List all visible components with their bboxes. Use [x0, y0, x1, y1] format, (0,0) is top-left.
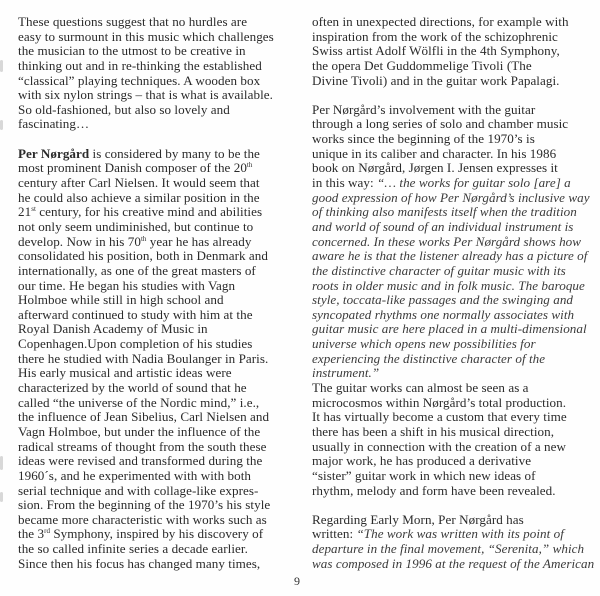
scan-artifact	[0, 492, 3, 502]
text-line: he could also achieve a similar position…	[18, 191, 303, 206]
text-line: not only seem undiminished, but continue…	[18, 220, 303, 235]
text-line: His early musical and artistic ideas wer…	[18, 366, 303, 381]
text-line: there he studied with Nadia Boulanger in…	[18, 352, 303, 367]
text-line: our time. He began his studies with Vagn	[18, 279, 303, 294]
quotation-line: style, toccata-like passages and the swi…	[312, 293, 600, 308]
text-line: Royal Danish Academy of Music in	[18, 322, 303, 337]
quotation-line: guitar music are here placed in a multi-…	[312, 322, 600, 337]
quotation-line: aware he is that the listener already ha…	[312, 249, 600, 264]
text-line: works since the beginning of the 1970’s …	[312, 132, 600, 147]
text-line: the musician to the utmost to be creativ…	[18, 44, 303, 59]
quotation-line: the distinctive character of guitar musi…	[312, 264, 600, 279]
text-line: consolidated his position, both in Denma…	[18, 249, 303, 264]
paragraph-guitar-involvement: Per Nørgård’s involvement with the guita…	[312, 103, 600, 381]
text-line: afterward continued to study with him at…	[18, 308, 303, 323]
text-line: internationally, as one of the great mas…	[18, 264, 303, 279]
quotation-line: syncopated rhythms one normally associat…	[312, 308, 600, 323]
text-line: century after Carl Nielsen. It would see…	[18, 176, 303, 191]
scan-artifact	[0, 60, 3, 72]
text-line: So old-fashioned, but also so lovely and	[18, 103, 303, 118]
left-column: These questions suggest that no hurdles …	[18, 15, 303, 571]
text-line: develop. Now in his 70th year he has alr…	[18, 235, 303, 250]
text-line: characterized by the world of sound that…	[18, 381, 303, 396]
quotation-line: universe which opens new possibilities f…	[312, 337, 600, 352]
quotation-line: experiencing the distinctive character o…	[312, 352, 600, 367]
text-line: 1960´s, and he experimented with with bo…	[18, 469, 303, 484]
text-line: sion. From the beginning of the 1970’s h…	[18, 498, 303, 513]
text-line: Divine Tivoli) and in the guitar work Pa…	[312, 74, 600, 89]
text-line: fascinating…	[18, 117, 303, 132]
text-line: inspiration from the work of the schizop…	[312, 30, 600, 45]
text-line: called “the universe of the Nordic mind,…	[18, 396, 303, 411]
text-line: These questions suggest that no hurdles …	[18, 15, 303, 30]
scan-artifact	[0, 456, 3, 470]
text-line: microcosmos within Nørgård’s total produ…	[312, 396, 600, 411]
text-line: through a long series of solo and chambe…	[312, 117, 600, 132]
text-line: Per Nørgård is considered by many to be …	[18, 147, 303, 162]
text-line: written: “The work was written with its …	[312, 527, 600, 542]
text-line: serial technique and with collage-like e…	[18, 484, 303, 499]
right-column: often in unexpected directions, for exam…	[312, 15, 600, 571]
text-line: there has been a shift in his musical di…	[312, 425, 600, 440]
text-line: Since then his focus has changed many ti…	[18, 557, 303, 572]
text-line: It has virtually become a custom that ev…	[312, 410, 600, 425]
text-line: Regarding Early Morn, Per Nørgård has	[312, 513, 600, 528]
quotation-line: of thinking also manifests itself when t…	[312, 205, 600, 220]
quotation-line: departure in the final movement, “Sereni…	[312, 542, 600, 557]
text-line: Vagn Holmboe, but under the influence of…	[18, 425, 303, 440]
quotation: “… the works for guitar solo [are] a	[377, 175, 571, 190]
quotation-line: roots in older music and in folk music. …	[312, 279, 600, 294]
text-line: Per Nørgård’s involvement with the guita…	[312, 103, 600, 118]
text-line: Swiss artist Adolf Wölfli in the 4th Sym…	[312, 44, 600, 59]
text-line: often in unexpected directions, for exam…	[312, 15, 600, 30]
paragraph-biography: Per Nørgård is considered by many to be …	[18, 147, 303, 572]
text-line: 21st century, for his creative mind and …	[18, 205, 303, 220]
text-line: easy to surmount in this music which cha…	[18, 30, 303, 45]
text-line: the opera Det Guddommelige Tivoli (The	[312, 59, 600, 74]
text-line: “classical” playing techniques. A wooden…	[18, 74, 303, 89]
quotation-line: instrument.”	[312, 366, 600, 381]
text-line: the 3rd Symphony, inspired by his discov…	[18, 527, 303, 542]
paragraph-hurdles: These questions suggest that no hurdles …	[18, 15, 303, 132]
quotation: “The work was written with its point of	[356, 526, 563, 541]
text-line: the so called infinite series a decade e…	[18, 542, 303, 557]
text-line: in this way: “… the works for guitar sol…	[312, 176, 600, 191]
paragraph-directions: often in unexpected directions, for exam…	[312, 15, 600, 88]
paragraph-microcosmos: The guitar works can almost be seen as a…	[312, 381, 600, 498]
text-line: thinking out and in re-thinking the esta…	[18, 59, 303, 74]
page-number: 9	[294, 574, 300, 589]
text-line: Holmboe while still in high school and	[18, 293, 303, 308]
text-line: radical streams of thought from the sout…	[18, 440, 303, 455]
text-line: The guitar works can almost be seen as a	[312, 381, 600, 396]
text-line: rhythm, melody and form have been reveal…	[312, 484, 600, 499]
text-line: usually in connection with the creation …	[312, 440, 600, 455]
text-line: book on Nørgård, Jørgen I. Jensen expres…	[312, 161, 600, 176]
quotation-line: and world of sound of an individual inst…	[312, 220, 600, 235]
text-line: most prominent Danish composer of the 20…	[18, 161, 303, 176]
text-line: the influence of Jean Sibelius, Carl Nie…	[18, 410, 303, 425]
quotation-line: good expression of how Per Nørgård’s inc…	[312, 191, 600, 206]
text-line: major work, he has produced a derivative	[312, 454, 600, 469]
text-line: unique in its caliber and character. In …	[312, 147, 600, 162]
quotation-line: concerned. In these works Per Nørgård sh…	[312, 235, 600, 250]
text-line: Copenhagen.Upon completion of his studie…	[18, 337, 303, 352]
scan-artifact	[0, 120, 3, 130]
composer-name: Per Nørgård	[18, 146, 89, 161]
text-line: “sister” guitar work in which new ideas …	[312, 469, 600, 484]
text-line: ideas were revised and transformed durin…	[18, 454, 303, 469]
paragraph-early-morn: Regarding Early Morn, Per Nørgård has wr…	[312, 513, 600, 572]
quotation-line: was composed in 1996 at the request of t…	[312, 557, 600, 572]
text-line: with six nylon strings – that is what is…	[18, 88, 303, 103]
text-line: became more characteristic with works su…	[18, 513, 303, 528]
document-page: These questions suggest that no hurdles …	[0, 0, 600, 596]
